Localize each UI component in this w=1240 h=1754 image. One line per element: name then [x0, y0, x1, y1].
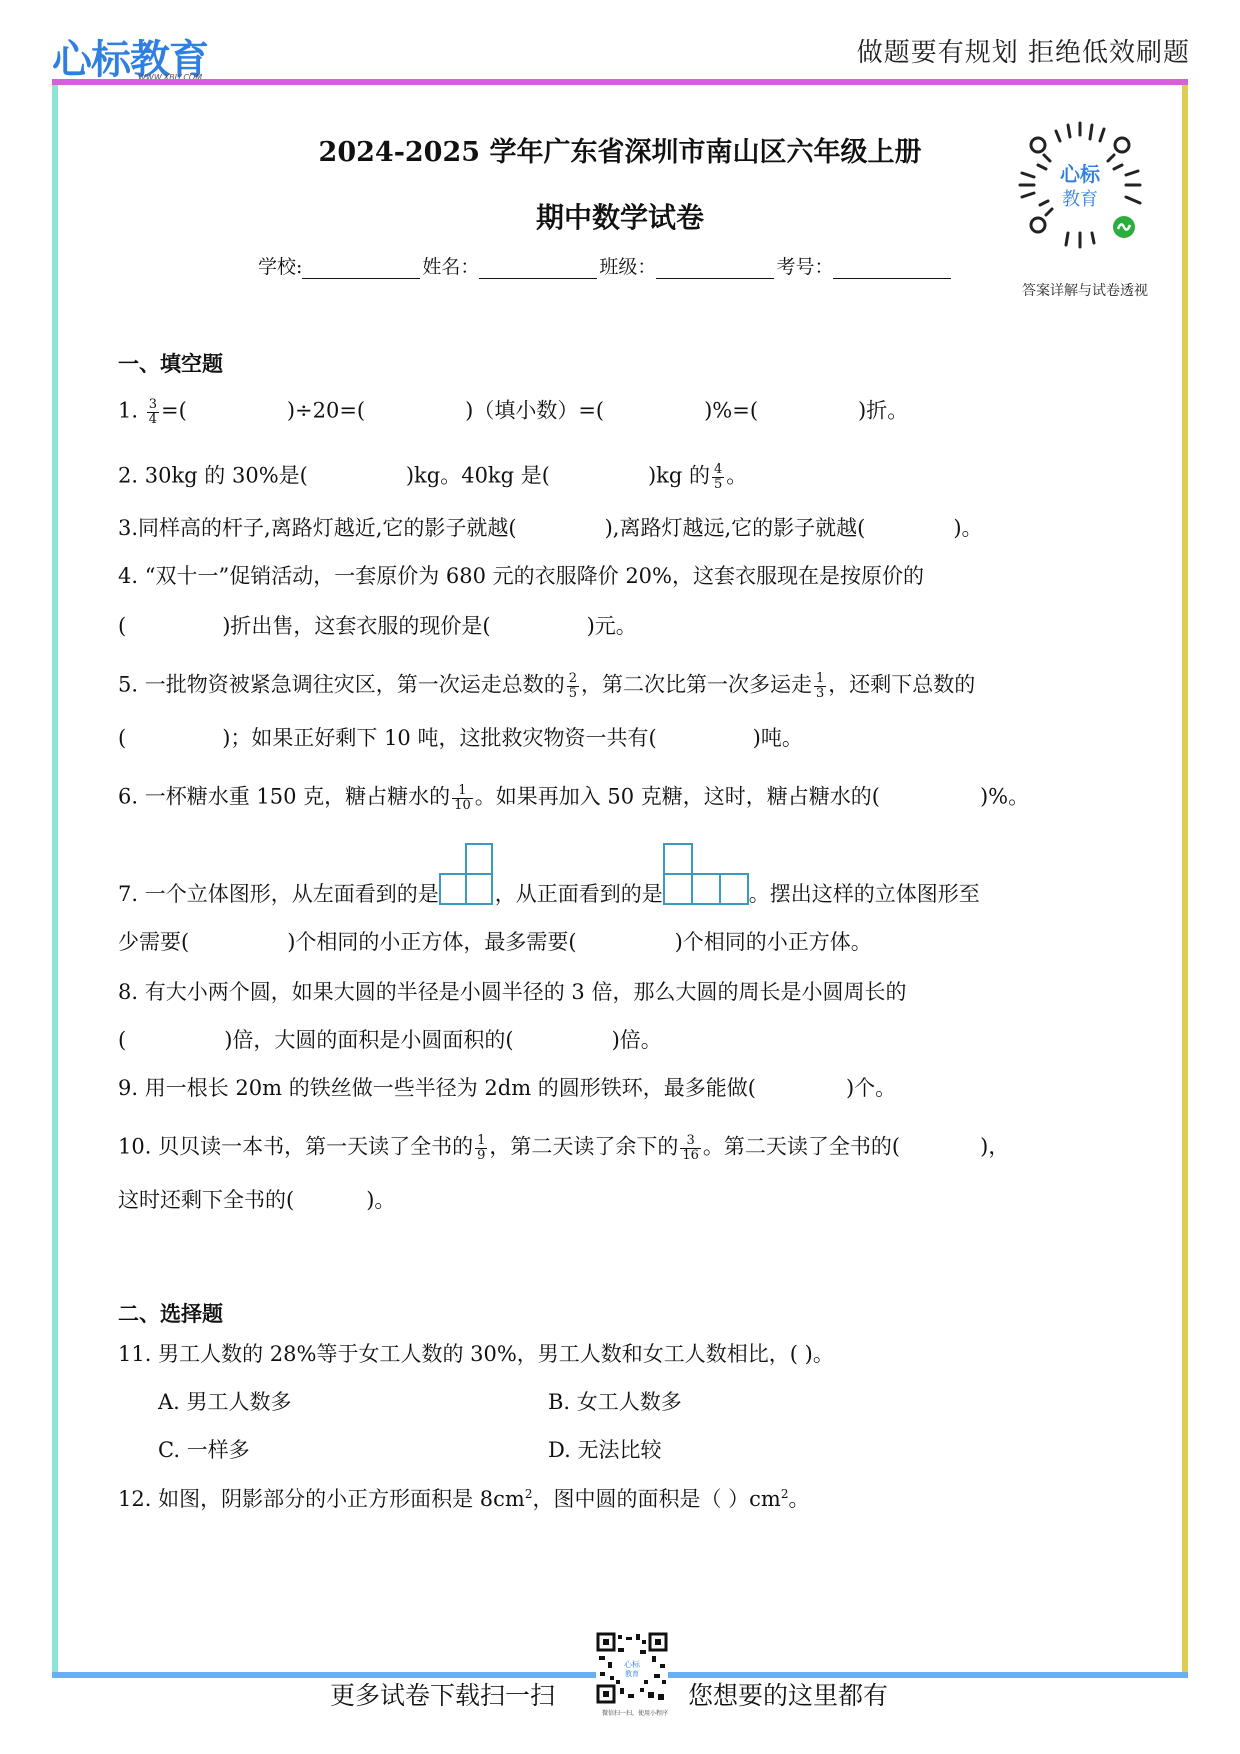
fraction-4-5: 45 [712, 463, 724, 491]
fraction-1-10: 110 [452, 784, 473, 812]
download-qr-code[interactable]: 心标 教育 [596, 1632, 668, 1704]
field-examno-label: 考号： [776, 252, 833, 279]
header-slogan: 做题要有规划 拒绝低效刷题 [857, 32, 1190, 69]
footer-right-text: 您想要的这里都有 [688, 1676, 888, 1712]
question-12: 12. 如图，阴影部分的小正方形面积是 8cm2，图中圆的面积是（ ）cm2。 [118, 1488, 809, 1510]
question-5-cont: ()；如果正好剩下 10 吨，这批救灾物资一共有()吨。 [118, 728, 803, 749]
question-6: 6. 一杯糖水重 150 克，糖占糖水的110。如果再加入 50 克糖，这时，糖… [118, 784, 1029, 812]
student-info-fields: 学校: 姓名： 班级： 考号： [258, 252, 953, 279]
question-5: 5. 一批物资被紧急调往灾区，第一次运走总数的25，第二次比第一次多运走13，还… [118, 672, 975, 700]
question-10: 10. 贝贝读一本书，第一天读了全书的19，第二天读了余下的316。第二天读了全… [118, 1134, 1009, 1162]
question-8: 8. 有大小两个圆，如果大圆的半径是小圆半径的 3 倍，那么大圆的周长是小圆周长… [118, 982, 906, 1003]
question-3: 3.同样高的杆子,离路灯越近,它的影子就越(),离路灯越远,它的影子就越()。 [118, 518, 983, 539]
left-view-figure [439, 885, 495, 905]
top-border [52, 79, 1188, 85]
svg-text:心标: 心标 [624, 1659, 641, 1669]
svg-text:教育: 教育 [1062, 189, 1098, 210]
field-school-blank[interactable] [302, 258, 420, 279]
question-7-cont: 少需要()个相同的小正方体，最多需要()个相同的小正方体。 [118, 932, 872, 953]
fraction-1-9: 19 [475, 1134, 487, 1162]
right-border [1182, 85, 1188, 1677]
question-2: 2. 30kg 的 30%是()kg。40kg 是()kg 的45。 [118, 463, 747, 491]
section-multiple-choice-title: 二、选择题 [118, 1298, 223, 1328]
option-a[interactable]: A. 男工人数多 [158, 1392, 292, 1413]
svg-text:心标: 心标 [1060, 162, 1101, 186]
front-view-figure [663, 885, 749, 905]
download-qr-caption: 微信扫一扫，使用小程序 [590, 1708, 680, 1717]
footer-left-text: 更多试卷下载扫一扫 [330, 1676, 555, 1712]
left-border [52, 85, 58, 1677]
field-name-label: 姓名： [422, 252, 479, 279]
fraction-2-5: 25 [567, 672, 579, 700]
option-c[interactable]: C. 一样多 [158, 1440, 250, 1461]
svg-text:教育: 教育 [625, 1669, 639, 1678]
field-school-label: 学校: [258, 252, 302, 279]
qr-caption: 答案详解与试卷透视 [1000, 280, 1170, 300]
question-4-cont: ()折出售，这套衣服的现价是()元。 [118, 616, 637, 637]
question-9: 9. 用一根长 20m 的铁丝做一些半径为 2dm 的圆形铁环，最多能做()个。 [118, 1078, 896, 1099]
field-examno-blank[interactable] [833, 258, 951, 279]
fraction-1-3: 13 [814, 672, 826, 700]
question-7: 7. 一个立体图形，从左面看到的是，从正面看到的是。摆出这样的立体图形至 [118, 884, 980, 905]
fraction-3-4: 34 [147, 398, 159, 426]
question-10-cont: 这时还剩下全书的()。 [118, 1190, 395, 1211]
question-11: 11. 男工人数的 28%等于女工人数的 30%，男工人数和女工人数相比，( )… [118, 1344, 834, 1365]
field-class-label: 班级： [599, 252, 656, 279]
fraction-3-16: 316 [680, 1134, 701, 1162]
section-fill-blank-title: 一、填空题 [118, 348, 223, 378]
field-class-blank[interactable] [656, 258, 774, 279]
option-d[interactable]: D. 无法比较 [548, 1440, 661, 1461]
question-1: 1. 34=()÷20=()（填小数）=()%=()折。 [118, 398, 908, 426]
brand-logo: 心标教育 WWW.XBJY.COM [52, 28, 202, 80]
question-4: 4. “双十一”促销活动，一套原价为 680 元的衣服降价 20%，这套衣服现在… [118, 566, 924, 587]
miniprogram-qr-code[interactable]: 心标 教育 [1010, 115, 1150, 255]
question-8-cont: ()倍，大圆的面积是小圆面积的()倍。 [118, 1030, 662, 1051]
field-name-blank[interactable] [479, 258, 597, 279]
option-b[interactable]: B. 女工人数多 [548, 1392, 682, 1413]
